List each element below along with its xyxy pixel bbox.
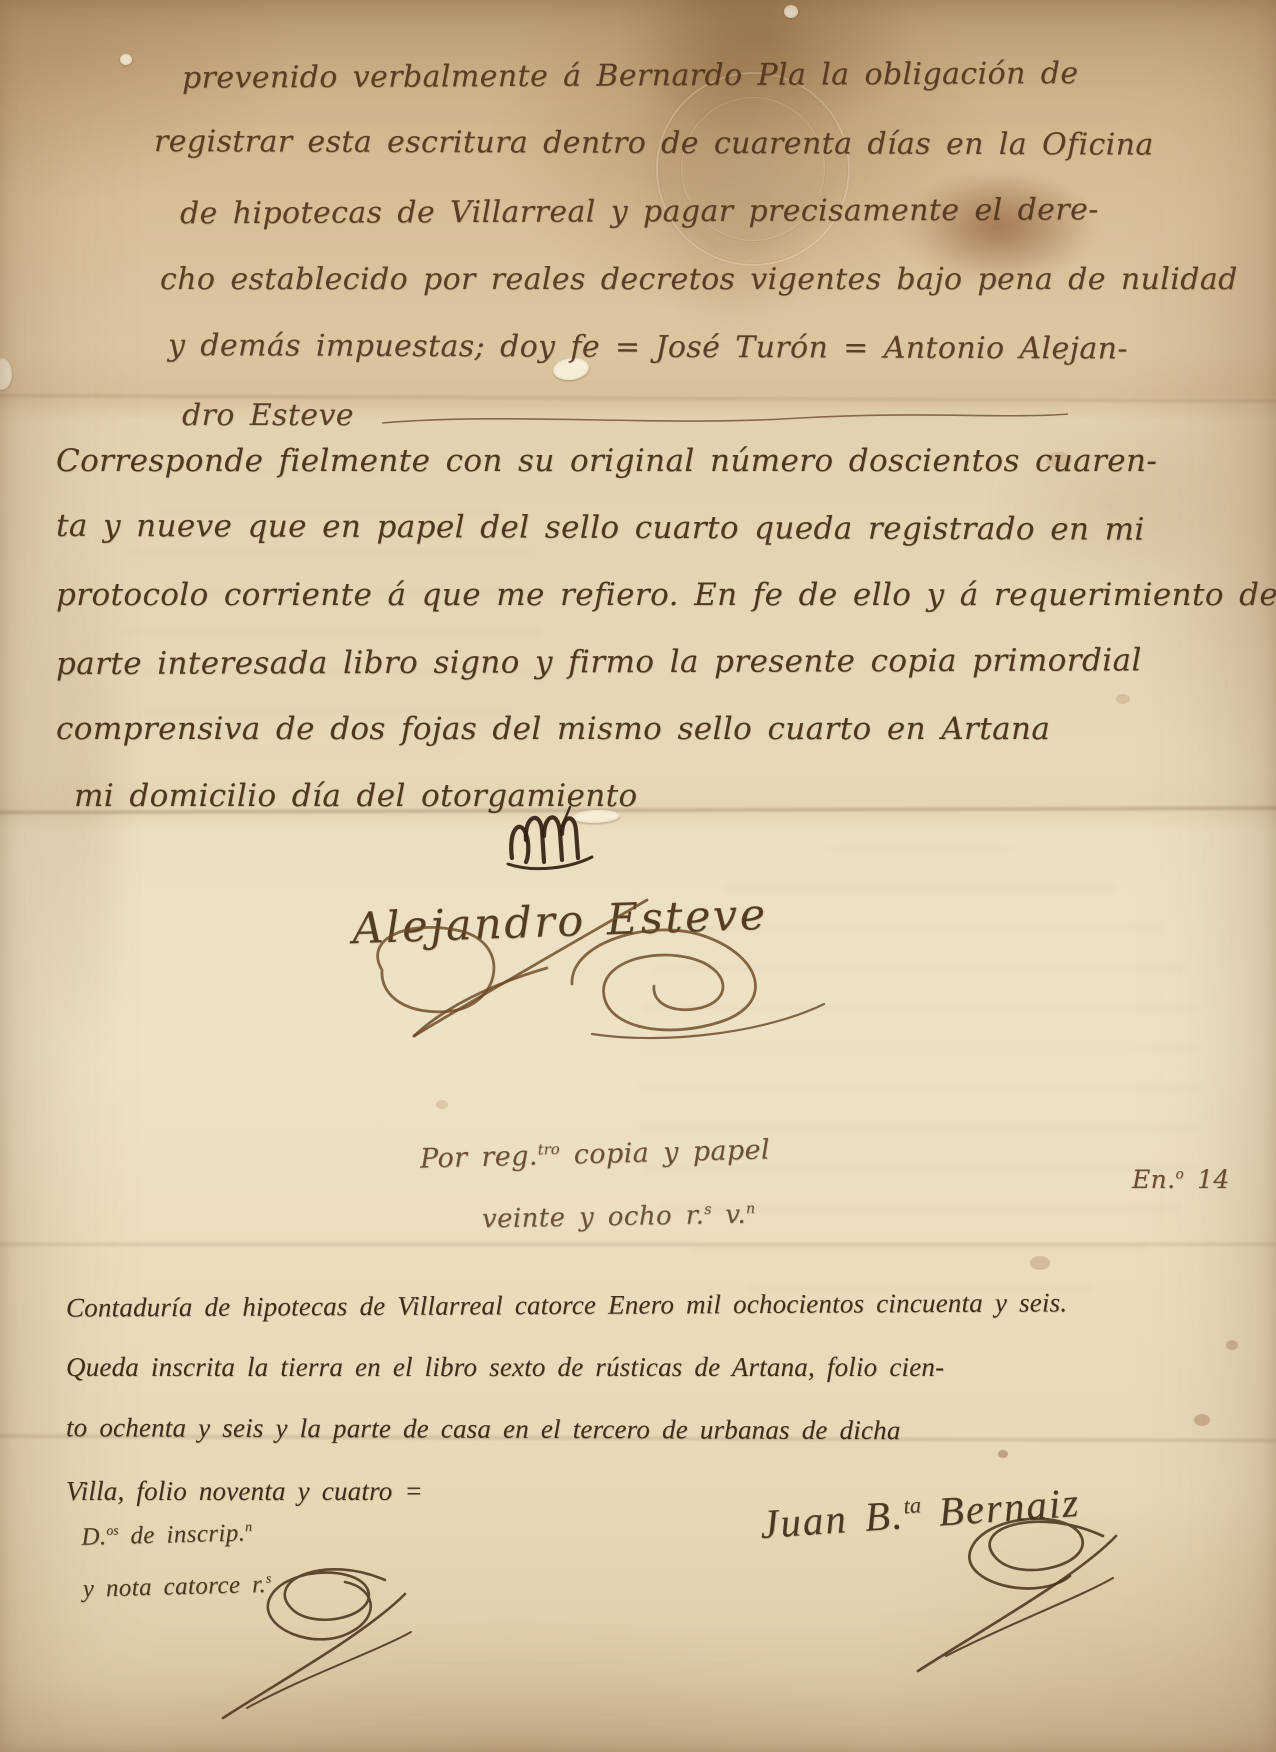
manuscript-line: Queda inscrita la tierra en el libro sex… [66,1336,1067,1398]
paper-damage-spot [0,358,12,390]
paper-damage-spot [120,54,132,65]
registry-fee-rubric-flourish [195,1558,415,1723]
foxing-dot [1030,1256,1050,1270]
fee-superscript: n [245,1519,252,1534]
signature-text: Juan B. [758,1491,905,1547]
fee-superscript: os [106,1523,119,1538]
fee-text: copia y papel [559,1134,770,1170]
fee-note-line1: Por reg.tro copia y papel [420,1134,771,1174]
manuscript-page: prevenido verbalmente á Bernardo Pla la … [0,0,1276,1752]
certification-paragraph: Corresponde fielmente con su original nú… [56,428,1276,830]
manuscript-line: prevenido verbalmente á Bernardo Pla la … [182,39,1238,113]
signature-rubric-flourish [352,898,832,1063]
fee-text: Por reg. [420,1141,539,1175]
margin-date-superscript: o [1176,1167,1184,1183]
fee-text: v. [711,1200,746,1231]
manuscript-line: to ochenta y seis y la parte de casa en … [66,1396,1068,1461]
manuscript-line: comprensiva de dos fojas del mismo sello… [56,696,1276,763]
manuscript-line: de hipotecas de Villarreal y pagar preci… [180,176,1238,249]
margin-date-note: En.o 14 [1132,1165,1230,1194]
fee-note-line2: veinte y ocho r.s v.n [482,1200,756,1235]
manuscript-line: mi domicilio día del otorgamiento [74,763,1276,830]
fee-text: veinte y ocho r. [482,1201,705,1235]
manuscript-line: y demás impuestas; doy fe = José Turón =… [168,312,1238,384]
margin-date-text: En. [1132,1165,1176,1194]
fee-superscript: n [746,1201,755,1217]
manuscript-line: cho establecido por reales decretos vige… [160,246,1238,314]
foxing-dot [1194,1414,1210,1426]
registry-note-paragraph: Contaduría de hipotecas de Villarreal ca… [66,1274,1067,1522]
manuscript-line: Corresponde fielmente con su original nú… [56,428,1276,495]
foxing-dot [436,1100,448,1109]
paper-damage-spot [784,5,798,18]
registrar-rubric-flourish [888,1506,1123,1676]
manuscript-line: parte interesada libro signo y firmo la … [56,627,1276,698]
fold-crease [0,1240,1276,1248]
manuscript-line: ta y nueve que en papel del sello cuarto… [56,493,1276,564]
notarial-sign-mark [500,800,600,875]
registry-fee-line: D.os de inscrip.n [81,1504,271,1561]
fee-text: D. [81,1523,107,1551]
manuscript-line: registrar esta escritura dentro de cuare… [154,108,1238,180]
manuscript-line: Contaduría de hipotecas de Villarreal ca… [66,1271,1068,1338]
margin-date-text: 14 [1184,1165,1230,1194]
fee-superscript: tro [537,1140,559,1159]
flourish-rule-line [380,406,1070,430]
foxing-dot [1226,1340,1238,1350]
fee-text: de inscrip. [118,1520,245,1550]
deed-closing-paragraph: prevenido verbalmente á Bernardo Pla la … [148,42,1238,450]
manuscript-line: protocolo corriente á que me refiero. En… [56,562,1276,629]
